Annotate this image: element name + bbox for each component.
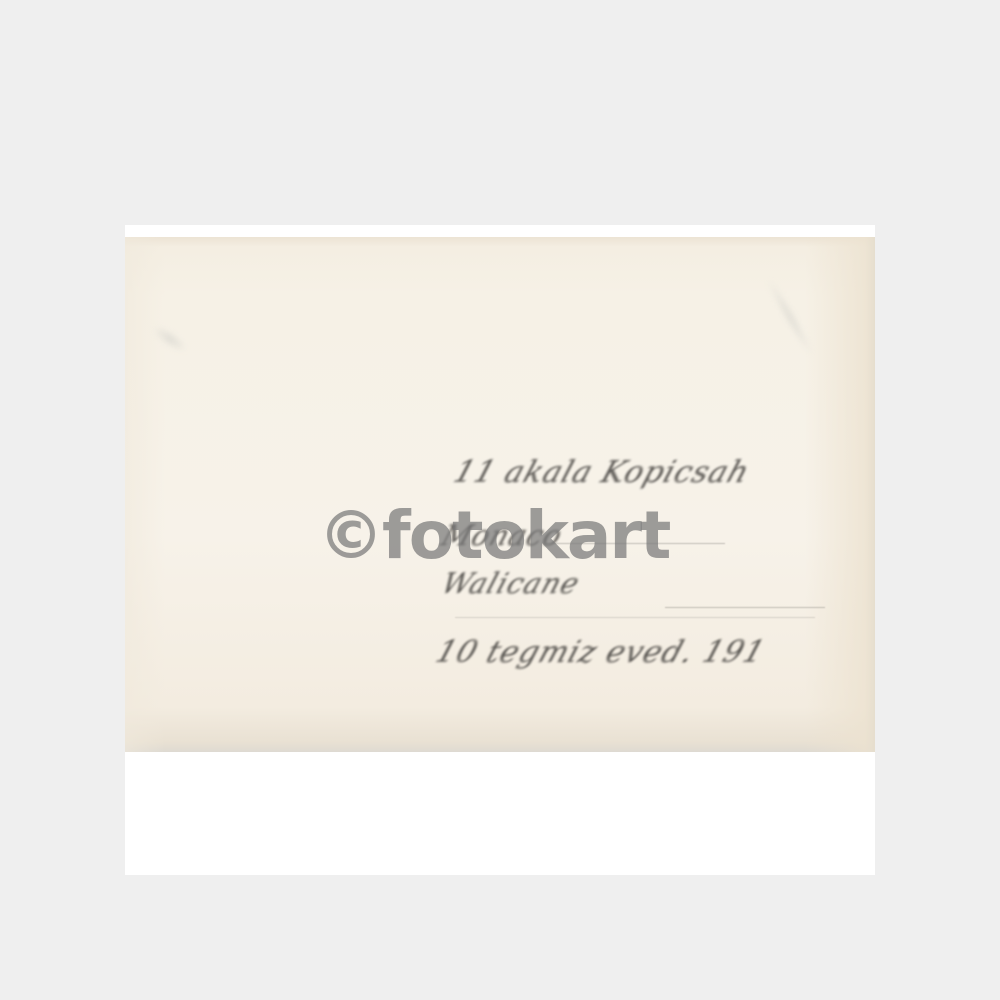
handwriting-line-4: 10 tegmiz eved. 191	[431, 635, 769, 670]
rule-line	[455, 617, 815, 618]
card-crease	[150, 322, 191, 356]
card-crease	[763, 276, 817, 359]
card-back: 11 akala Kopicsah Monaco Walicane 10 teg…	[125, 237, 875, 752]
handwriting-line-1: 11 akala Kopicsah	[449, 455, 754, 490]
rule-line	[665, 607, 825, 608]
watermark: ©fotokart	[318, 503, 669, 569]
